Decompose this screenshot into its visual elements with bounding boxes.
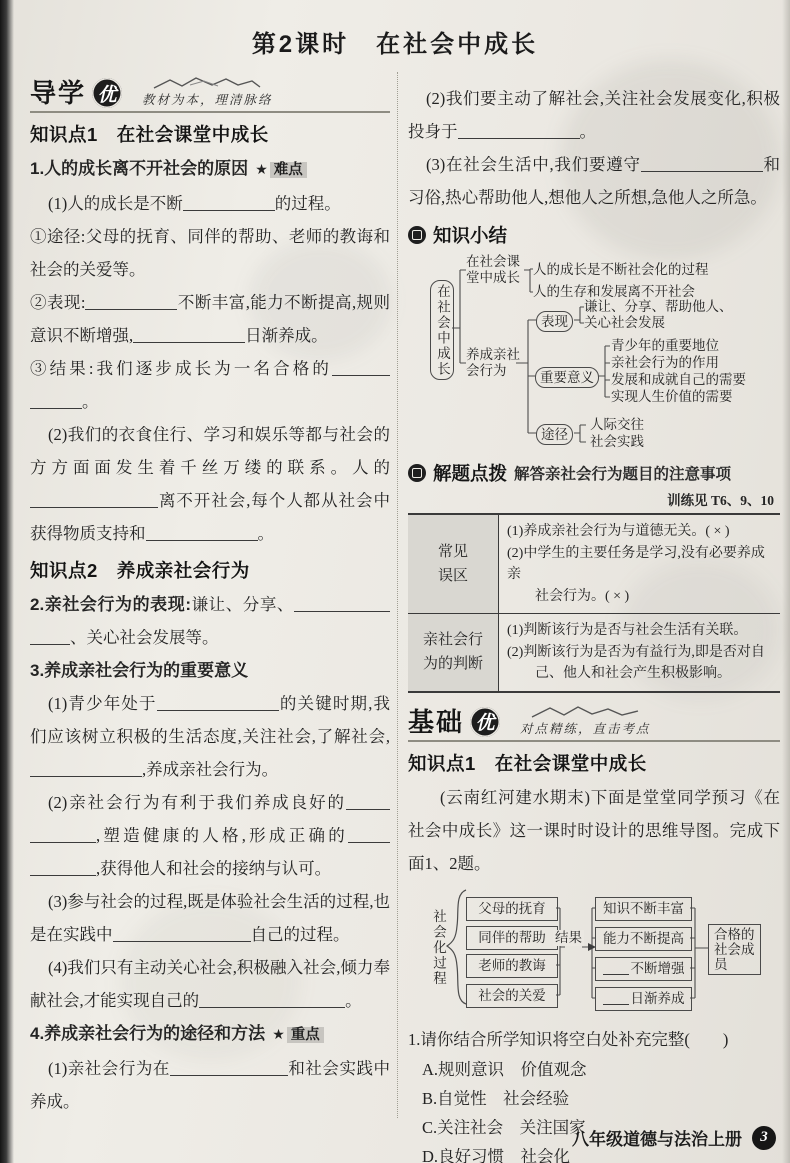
question-1-option-a: A.规则意识 价值观念	[408, 1055, 780, 1084]
text-segment: ,获得他人和社会的接纳与认可。	[96, 859, 331, 878]
knowledge-point-1-heading: 知识点1 在社会课堂中成长	[408, 750, 780, 776]
paragraph: (2)亲社会行为有利于我们养成良好的,塑造健康的人格,形成正确的,获得他人和社会…	[30, 786, 390, 885]
text-segment: (3)在社会生活中,我们要遵守	[426, 155, 641, 174]
question-1-stem: 1.请你结合所学知识将空白处补充完整( )	[408, 1024, 780, 1055]
paragraph: (1)亲社会行为在和社会实践中养成。	[30, 1052, 390, 1118]
table-row: 常见 误区 (1)养成亲社会行为与道德无关。( × ) (2)中学生的主要任务是…	[408, 514, 780, 614]
mindmap-item: 谦让、分享、帮助他人、 关心社会发展	[584, 299, 733, 331]
blank-line	[603, 963, 629, 975]
table-row-header: 常见 误区	[408, 514, 499, 614]
blank-line	[199, 993, 297, 1008]
item3-heading: 3.养成亲社会行为的重要意义	[30, 654, 390, 687]
blank-line	[30, 630, 70, 645]
mindmap-item: 人际交往	[590, 417, 644, 433]
text-segment: ,塑造健康的人格,形成正确的	[96, 826, 348, 845]
blank-line	[346, 795, 390, 810]
daoxue-slogan: 教材为本，理清脉络	[142, 76, 273, 108]
mindmap-item: 人的生存和发展离不开社会	[533, 284, 695, 300]
exercise-intro: (云南红河建水期末)下面是堂堂同学预习《在社会中成长》这一课时时设计的思维导图。…	[408, 781, 780, 880]
mindmap-sub-label: 重要意义	[535, 367, 599, 388]
text-segment: ①途径:父母的抚育、同伴的帮助、老师的教诲和社会的关爱等。	[30, 227, 390, 279]
blank-line	[603, 993, 629, 1005]
item1-heading: 1.人的成长离不开社会的原因★难点	[30, 152, 390, 187]
page-number-badge: 3	[752, 1126, 776, 1150]
mountain-doodle-icon	[152, 76, 262, 90]
blank-line	[30, 493, 158, 508]
problem-tip-icon	[408, 464, 426, 482]
book-spine-shadow	[0, 0, 14, 1163]
mindmap-sub-label: 表现	[536, 311, 573, 332]
item4-heading: 4.养成亲社会行为的途径和方法★重点	[30, 1017, 390, 1052]
result-label: 结果	[553, 930, 584, 946]
mindmap-item: 青少年的重要地位	[611, 338, 719, 354]
mindmap-branch-label: 在社会课 堂中成长	[466, 254, 520, 286]
mindmap-box: 同伴的帮助	[466, 926, 558, 950]
blank-line	[348, 828, 390, 843]
text-segment: ,养成亲社会行为。	[142, 760, 278, 779]
star-icon: ★	[272, 1028, 285, 1043]
text-segment: 1.人的成长离不开社会的原因	[30, 159, 248, 178]
table-row-body: (1)养成亲社会行为与道德无关。( × ) (2)中学生的主要任务是学习,没有必…	[499, 514, 781, 614]
blank-line	[297, 993, 345, 1008]
mindmap-box-with-blank: 日渐养成	[595, 987, 692, 1011]
paragraph: (1)人的成长是不断的过程。	[30, 187, 390, 220]
mindmap-item: 发展和成就自己的需要	[611, 372, 746, 388]
mindmap-box: 知识不断丰富	[595, 897, 692, 921]
left-column: 导学 优 教材为本，理清脉络 知识点1 在社会课堂中成长 1.人的成长离不开社会…	[30, 76, 390, 1118]
text-segment: 3.养成亲社会行为的重要意义	[30, 661, 248, 680]
jichu-slogan: 对点精练，直击考点	[520, 705, 651, 737]
paragraph: ②表现:不断丰富,能力不断提高,规则意识不断增强,日渐养成。	[30, 286, 390, 352]
text-segment: 。	[82, 392, 99, 411]
blank-line	[641, 157, 763, 172]
you-badge-icon: 优	[470, 707, 500, 737]
text-segment: 谦让、分享、	[191, 595, 294, 614]
table-row-header: 亲社会行 为的判断	[408, 614, 499, 692]
text-segment: 。	[345, 991, 362, 1010]
blank-line	[30, 762, 142, 777]
paragraph: (2)我们要主动了解社会,关注社会发展变化,积极投身于。	[408, 82, 780, 148]
blank-line	[85, 295, 177, 310]
paragraph: ①途径:父母的抚育、同伴的帮助、老师的教诲和社会的关爱等。	[30, 220, 390, 286]
training-reference: 训练见 T6、9、10	[408, 489, 774, 509]
jichu-logo: 基础 优 对点精练，直击考点	[408, 705, 780, 742]
misconception-table: 常见 误区 (1)养成亲社会行为与道德无关。( × ) (2)中学生的主要任务是…	[408, 513, 780, 693]
summary-mindmap: 在社会中成长 在社会课 堂中成长 人的成长是不断社会化的过程 人的生存和发展离不…	[408, 250, 780, 454]
text-segment: 日渐养成。	[245, 326, 328, 345]
summary-section-heading: 知识小结	[408, 222, 780, 248]
paragraph: (3)在社会生活中,我们要遵守和习俗,热心帮助他人,想他人之所想,急他人之所急。	[408, 148, 780, 214]
mindmap-item: 人的成长是不断社会化的过程	[533, 262, 709, 278]
mindmap-root: 社会化过程	[430, 909, 446, 989]
jichu-logo-text: 基础	[408, 707, 464, 737]
page-title: 第2课时 在社会中成长	[0, 24, 790, 59]
text-segment: 2.亲社会行为的表现:	[30, 595, 191, 614]
blank-line	[146, 526, 258, 541]
text-segment: 的过程。	[275, 194, 341, 213]
daoxue-logo-text: 导学	[30, 78, 86, 108]
tip-section-heading: 解题点拨 解答亲社会行为题目的注意事项	[408, 460, 780, 486]
item2-heading: 2.亲社会行为的表现:谦让、分享、、关心社会发展等。	[30, 588, 390, 654]
tip-subtitle: 解答亲社会行为题目的注意事项	[514, 462, 731, 484]
mindmap-item: 实现人生价值的需要	[611, 389, 733, 405]
knowledge-summary-icon	[408, 226, 426, 244]
mindmap-item: 社会实践	[590, 434, 644, 450]
blank-line	[30, 828, 96, 843]
paragraph: (2)我们的衣食住行、学习和娱乐等都与社会的方方面面发生着千丝万缕的联系。人的离…	[30, 418, 390, 550]
blank-line	[294, 597, 390, 612]
difficulty-badge: 重点	[287, 1027, 324, 1043]
blank-line	[332, 361, 390, 376]
mindmap-box: 父母的抚育	[466, 897, 558, 921]
blank-line	[30, 861, 96, 876]
daoxue-logo: 导学 优 教材为本，理清脉络	[30, 76, 390, 113]
right-column: (2)我们要主动了解社会,关注社会发展变化,积极投身于。 (3)在社会生活中,我…	[408, 82, 780, 1163]
text-segment: (1)青少年处于	[48, 694, 157, 713]
mindmap-goal-box: 合格的 社会成 员	[708, 924, 761, 975]
text-segment: 。	[580, 122, 597, 141]
tip-title: 解题点拨	[433, 460, 507, 486]
text-segment: (1)人的成长是不断	[48, 194, 183, 213]
paragraph: ③结果:我们逐步成长为一名合格的。	[30, 352, 390, 418]
mindmap-box: 老师的教诲	[466, 954, 558, 978]
text-segment: (2)我们的衣食住行、学习和娱乐等都与社会的方方面面发生着千丝万缕的联系。人的	[30, 425, 390, 477]
difficulty-badge: 难点	[270, 162, 307, 178]
star-icon: ★	[255, 163, 268, 178]
book-title: 八年级道德与法治上册	[572, 1125, 742, 1150]
question-1-option-b: B.自觉性 社会经验	[408, 1084, 780, 1113]
text-segment: (2)亲社会行为有利于我们养成良好的	[48, 793, 346, 812]
text-segment: ③结果:我们逐步成长为一名合格的	[30, 359, 332, 378]
mountain-doodle-icon	[530, 705, 640, 719]
paragraph: (4)我们只有主动关心社会,积极融入社会,倾力奉献社会,才能实现自己的。	[30, 951, 390, 1017]
column-divider	[397, 72, 398, 1118]
mindmap-box: 社会的关爱	[466, 984, 558, 1008]
blank-line	[113, 927, 251, 942]
text-segment: 自己的过程。	[251, 925, 350, 944]
exercise-mindmap: 社会化过程 父母的抚育 同伴的帮助 老师的教诲 社会的关爱 结果 知识不断丰富 …	[408, 884, 780, 1020]
workbook-page: { "colors":{"page_bg":"#ebe8e2","ink":"#…	[0, 0, 790, 1163]
knowledge-point-1-heading: 知识点1 在社会课堂中成长	[30, 121, 390, 147]
paragraph: (1)青少年处于的关键时期,我们应该树立积极的生活态度,关注社会,了解社会,,养…	[30, 687, 390, 786]
summary-title: 知识小结	[433, 222, 507, 248]
blank-line	[157, 696, 279, 711]
text-segment: 4.养成亲社会行为的途径和方法	[30, 1024, 265, 1043]
mindmap-box-with-blank: 不断增强	[595, 957, 692, 981]
text-segment: ②表现:	[30, 293, 85, 312]
text-segment: 、关心社会发展等。	[70, 628, 219, 647]
paragraph: (3)参与社会的过程,既是体验社会生活的过程,也是在实践中自己的过程。	[30, 885, 390, 951]
mindmap-root: 在社会中成长	[430, 280, 454, 380]
table-row-body: (1)判断该行为是否与社会生活有关联。 (2)判断该行为是否为有益行为,即是否对…	[499, 614, 781, 692]
blank-line	[170, 1061, 288, 1076]
blank-line	[183, 196, 275, 211]
mindmap-branch-label: 养成亲社 会行为	[466, 347, 520, 379]
text-segment: 。	[258, 524, 275, 543]
page-edge-shadow	[782, 0, 790, 1163]
table-row: 亲社会行 为的判断 (1)判断该行为是否与社会生活有关联。 (2)判断该行为是否…	[408, 614, 780, 692]
blank-line	[30, 394, 82, 409]
blank-line	[133, 328, 245, 343]
page-footer: 八年级道德与法治上册 3	[572, 1125, 776, 1150]
knowledge-point-2-heading: 知识点2 养成亲社会行为	[30, 557, 390, 583]
blank-line	[458, 124, 580, 139]
mindmap-sub-label: 途径	[536, 424, 573, 445]
mindmap-box: 能力不断提高	[595, 927, 692, 951]
you-badge-icon: 优	[92, 78, 122, 108]
text-segment: (1)亲社会行为在	[48, 1059, 170, 1078]
mindmap-item: 亲社会行为的作用	[611, 355, 719, 371]
